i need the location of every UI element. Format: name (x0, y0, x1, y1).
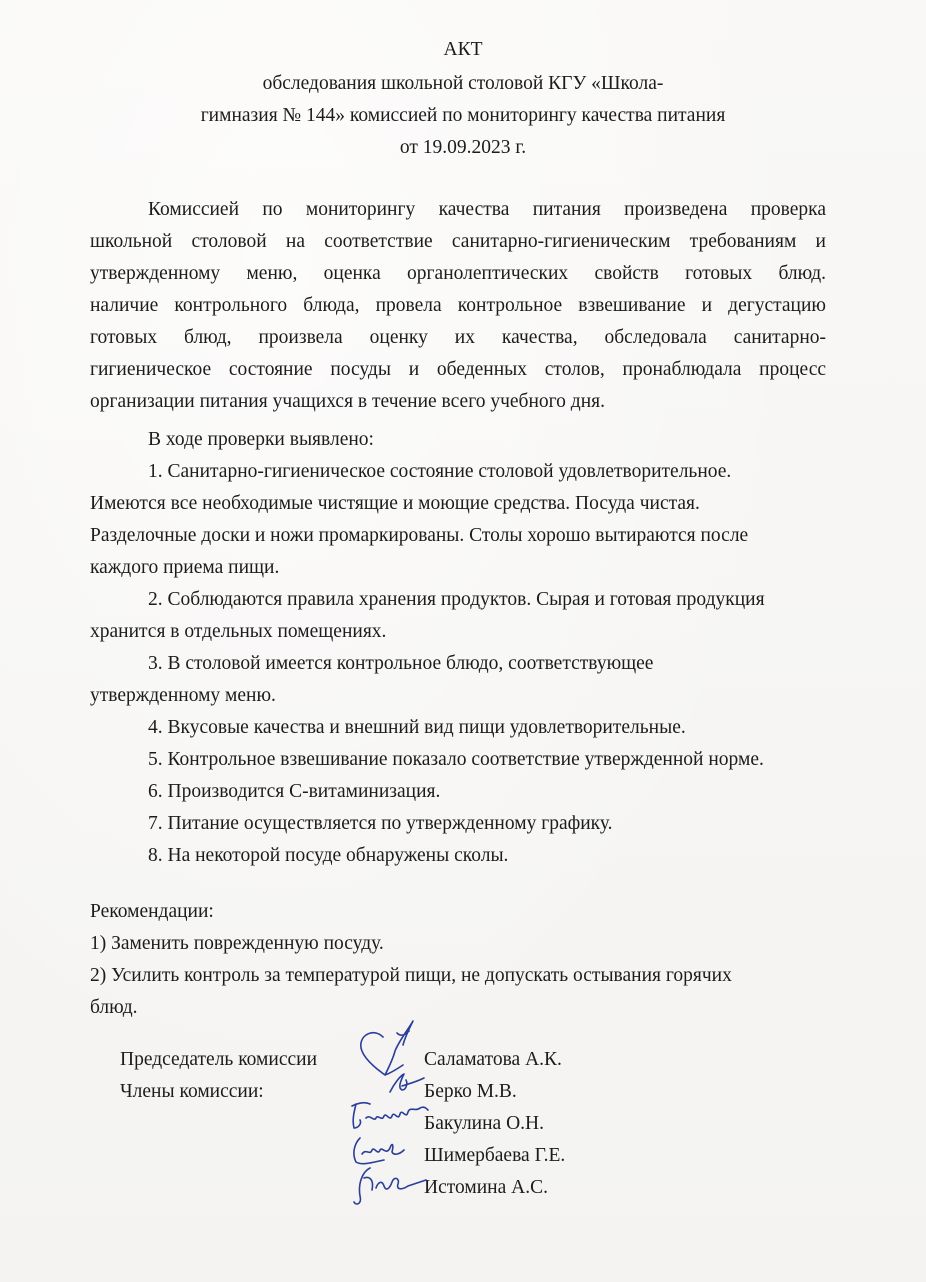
signatory-name: Бакулина О.Н. (424, 1112, 544, 1136)
finding-item: 8. На некоторой посуде обнаружены сколы. (148, 844, 508, 868)
intro-line: организации питания учащихся в течение в… (90, 390, 605, 414)
finding-item: утвержденному меню. (90, 684, 276, 708)
signatory-name: Шимербаева Г.Е. (424, 1144, 565, 1168)
chair-label: Председатель комиссии (120, 1048, 317, 1072)
recommendation-item: блюд. (90, 996, 138, 1020)
signature-istomina (348, 1164, 428, 1213)
document-subtitle-line-2: гимназия № 144» комиссией по мониторингу… (0, 104, 926, 128)
signatory-name: Саламатова А.К. (424, 1048, 562, 1072)
document-subtitle-line-1: обследования школьной столовой КГУ «Школ… (0, 72, 926, 96)
finding-item: 4. Вкусовые качества и внешний вид пищи … (148, 716, 686, 740)
intro-line: готовых блюд, произвела оценку их качест… (90, 326, 826, 350)
document-date: от 19.09.2023 г. (0, 136, 926, 160)
finding-item: 1. Санитарно-гигиеническое состояние сто… (148, 460, 731, 484)
signature-bakulina (346, 1098, 430, 1139)
members-label: Члены комиссии: (120, 1080, 264, 1104)
finding-item: 3. В столовой имеется контрольное блюдо,… (148, 652, 653, 676)
finding-item: 7. Питание осуществляется по утвержденно… (148, 812, 613, 836)
signatory-name: Истомина А.С. (424, 1176, 548, 1200)
signatory-name: Берко М.В. (424, 1080, 517, 1104)
recommendations-heading: Рекомендации: (90, 900, 214, 924)
recommendation-item: 2) Усилить контроль за температурой пищи… (90, 964, 732, 988)
finding-item: 6. Производится С-витаминизация. (148, 780, 440, 804)
intro-line: гигиеническое состояние посуды и обеденн… (90, 358, 826, 382)
finding-item: 2. Соблюдаются правила хранения продукто… (148, 588, 765, 612)
intro-line: наличие контрольного блюда, провела конт… (90, 294, 826, 318)
finding-item: Имеются все необходимые чистящие и моющи… (90, 492, 700, 516)
finding-item: Разделочные доски и ножи промаркированы.… (90, 524, 748, 548)
findings-heading: В ходе проверки выявлено: (148, 428, 374, 452)
document-title: АКТ (0, 38, 926, 62)
finding-item: 5. Контрольное взвешивание показало соот… (148, 748, 764, 772)
document-page: АКТ обследования школьной столовой КГУ «… (0, 0, 926, 1282)
finding-item: хранится в отдельных помещениях. (90, 620, 386, 644)
recommendation-item: 1) Заменить поврежденную посуду. (90, 932, 384, 956)
intro-line: утвержденному меню, оценка органолептиче… (90, 262, 826, 286)
intro-line: школьной столовой на соответствие санита… (90, 230, 826, 254)
finding-item: каждого приема пищи. (90, 556, 279, 580)
intro-line: Комиссией по мониторингу качества питани… (148, 198, 826, 222)
